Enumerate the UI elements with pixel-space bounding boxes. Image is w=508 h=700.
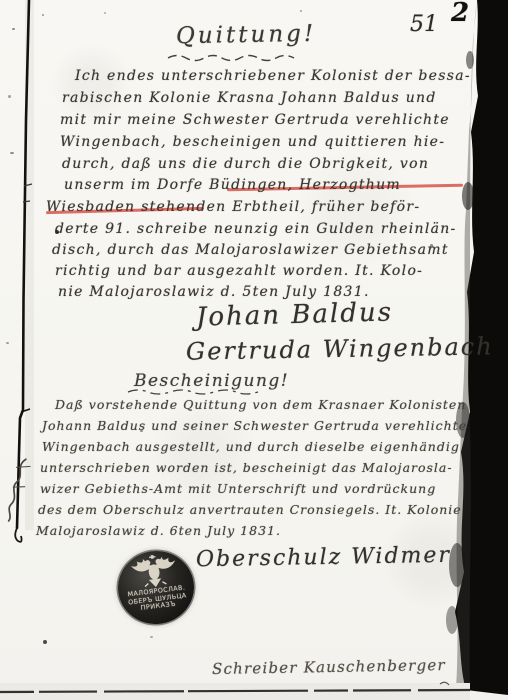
receipt-line: Wiesbaden stehenden Erbtheil, früher bef… [46,199,420,215]
noise-speck [150,636,153,638]
title-underline [168,56,294,61]
page-bottom-edge [0,682,470,700]
noise-speck [55,230,59,234]
certification-line: Wingenbach ausgestellt, und durch diesel… [42,439,460,454]
certification-line: Johann Baldus und seiner Schwester Gertr… [42,418,467,433]
signature-gertruda-wingenbach: Gertruda Wingenbach [186,332,494,365]
receipt-line: durch, daß uns die durch die Obrigkeit, … [62,156,429,172]
double-eagle-icon [125,551,183,591]
scanned-document-page: 51 2 Quittung! Ich endes unterschriebene… [0,0,508,700]
corner-page-number: 2 [451,0,469,28]
noise-speck [12,28,15,30]
noise-speck [6,342,9,344]
receipt-line: nie Malojaroslawiz d. 5ten July 1831. [58,284,370,300]
receipt-line: unserm im Dorfe Büdingen, Herzogthum [64,177,401,193]
receipt-line: rabischen Kolonie Krasna Johann Baldus u… [62,90,437,106]
signature-johan-baldus: Johan Baldus [196,297,394,332]
certification-line: des dem Oberschulz anvertrauten Cronsieg… [38,502,462,517]
receipt-line: mit mir meine Schwester Gertruda verehli… [60,112,450,128]
noise-speck [104,12,106,14]
receipt-line: Wingenbach, bescheinigen und quittieren … [60,134,445,150]
certification-line: unterschrieben worden ist, bescheinigt d… [40,460,453,475]
seal-text-line3: ПРИКАЗЪ [140,601,176,613]
receipt-line: derte 91. schreibe neunzig ein Gulden rh… [55,221,457,237]
noise-speck [140,430,143,432]
receipt-line: disch, durch das Malojaroslawizer Gebiet… [52,242,449,258]
certification-line: wizer Gebieths-Amt mit Unterschrift und … [40,481,436,496]
certification-title: Bescheinigung! [134,371,289,391]
certification-line: Daß vorstehende Quittung von dem Krasnae… [55,397,466,412]
receipt-line: richtig und bar ausgezahlt worden. It. K… [55,263,423,279]
receipt-title: Quittung! [176,21,317,49]
noise-speck [8,95,11,98]
receipt-line: Ich endes unterschriebener Kolonist der … [75,68,471,84]
folio-number: 51 [410,12,438,37]
noise-speck [43,640,47,644]
signature-oberschulz-widmer: Oberschulz Widmer [196,543,451,572]
noise-speck [42,14,44,16]
noise-speck [300,10,302,12]
noise-speck [10,152,14,154]
certification-line: Malojaroslawiz d. 6ten July 1831. [36,523,281,538]
noise-speck [430,244,433,247]
